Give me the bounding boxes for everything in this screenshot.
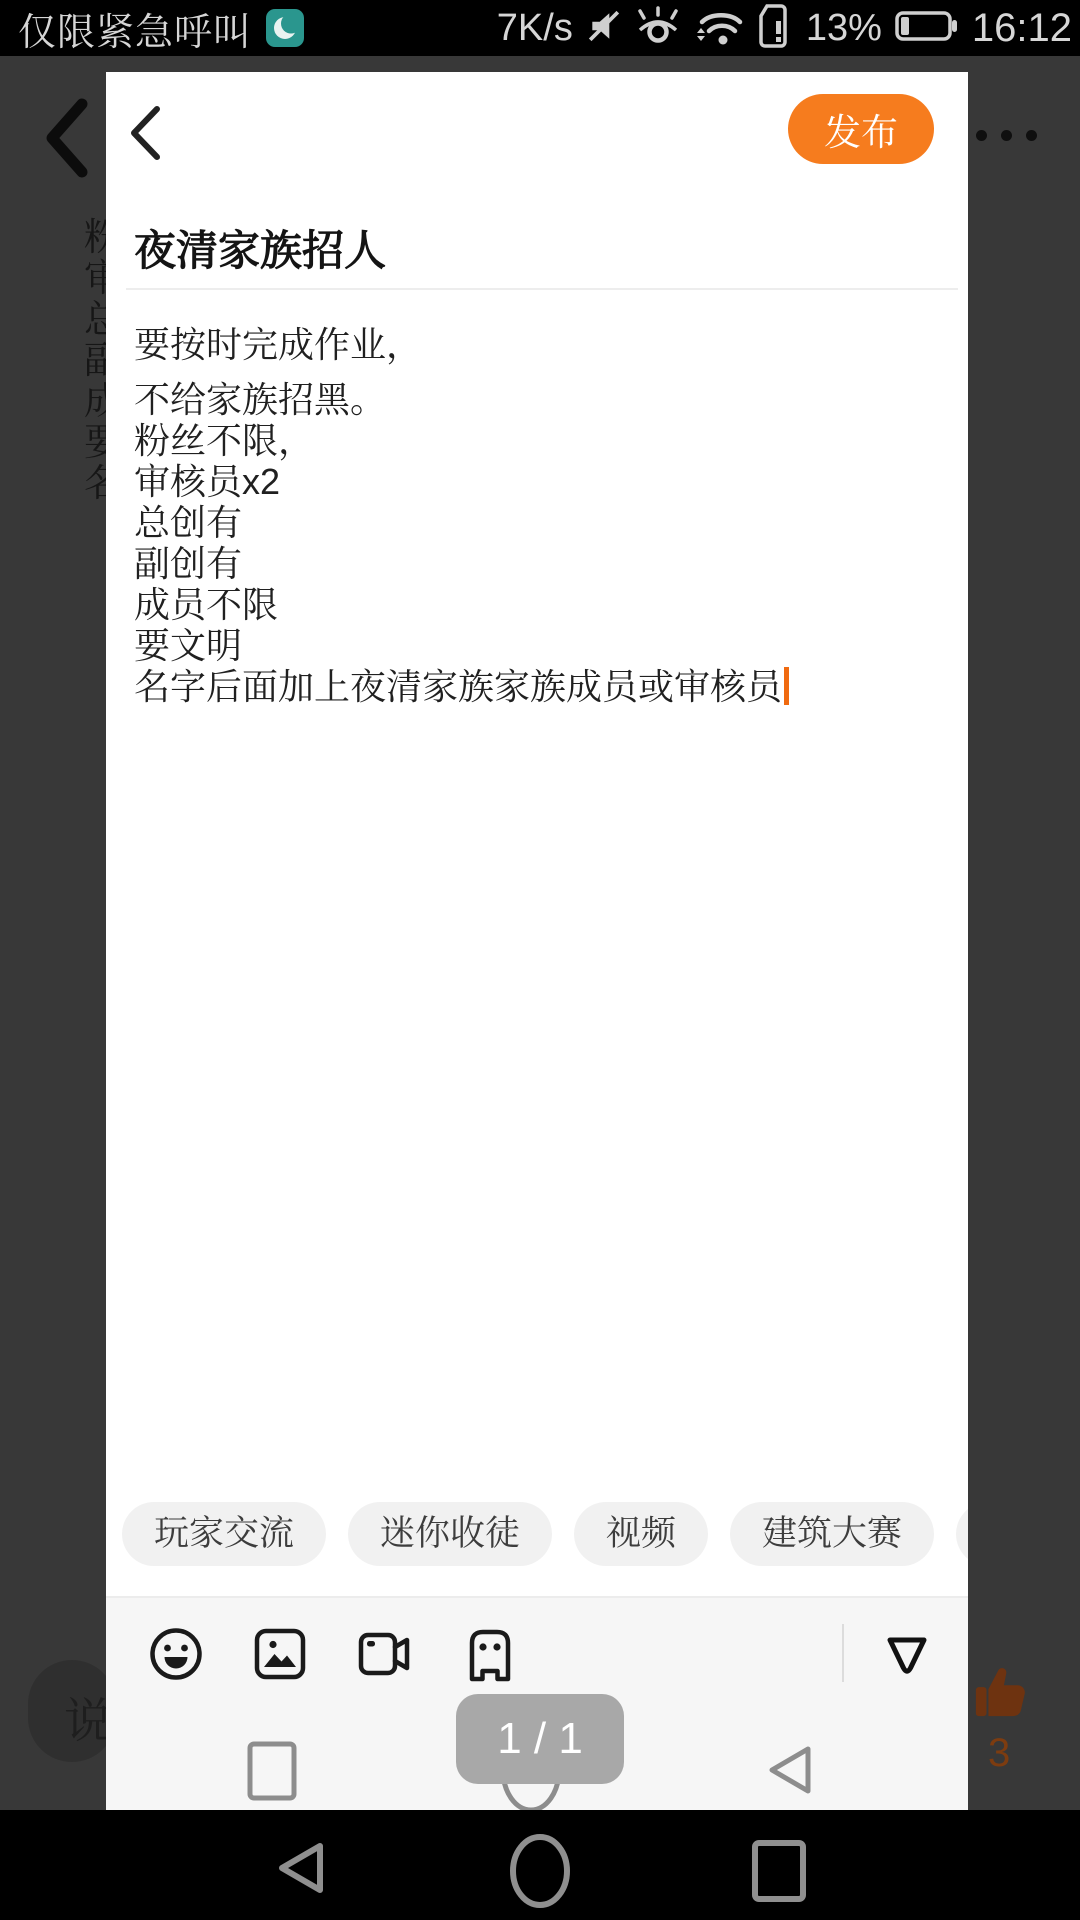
tag-chip[interactable]: 视频 (574, 1502, 708, 1566)
window-nav-back-icon[interactable] (762, 1742, 818, 1803)
body-line: 不给家族招黑。 (134, 379, 930, 420)
back-button[interactable] (126, 104, 164, 167)
status-bar: 仅限紧急呼叫 7K/s 13% 16:12 (0, 0, 1080, 56)
system-back-icon[interactable] (272, 1840, 330, 1901)
body-line: 审核员x2 (134, 461, 930, 502)
text-cursor (784, 667, 789, 705)
body-line: 粉丝不限， (134, 420, 930, 461)
phone-screen: 仅限紧急呼叫 7K/s 13% 16:12 (0, 0, 1080, 1920)
collapse-keyboard-icon[interactable] (882, 1632, 932, 1683)
tag-chip-row: 玩家交流 迷你收徒 视频 建筑大赛 (122, 1502, 968, 1566)
body-line: 成员不限 (134, 584, 930, 625)
post-body-input[interactable]: 要按时完成作业， 不给家族招黑。 粉丝不限， 审核员x2 总创有 副创有 成员不… (134, 324, 930, 707)
battery-percent: 13% (806, 7, 882, 50)
publish-button[interactable]: 发布 (788, 94, 934, 164)
emoji-icon[interactable] (148, 1626, 204, 1687)
thumbs-up-icon (972, 1662, 1030, 1720)
clock-text: 16:12 (972, 6, 1072, 51)
tag-chip-clipped[interactable] (956, 1502, 968, 1566)
battery-icon (895, 9, 959, 48)
image-icon[interactable] (254, 1628, 306, 1685)
tag-chip[interactable]: 迷你收徒 (348, 1502, 552, 1566)
do-not-disturb-moon-icon (266, 9, 304, 47)
wifi-icon (694, 5, 744, 52)
sim-alert-icon (757, 4, 793, 53)
gamepad-icon[interactable] (464, 1626, 516, 1687)
page-indicator-badge: 1 / 1 (456, 1694, 624, 1784)
background-like-widget: 3 (972, 1662, 1042, 1776)
post-composer-card: 发布 夜清家族招人 要按时完成作业， 不给家族招黑。 粉丝不限， 审核员x2 总… (106, 72, 968, 1810)
like-count: 3 (988, 1731, 1042, 1776)
network-speed: 7K/s (497, 7, 573, 50)
video-icon[interactable] (358, 1628, 414, 1685)
title-divider (126, 288, 958, 290)
body-line-with-caret: 名字后面加上夜清家族家族成员或审核员 (134, 666, 930, 707)
post-title-input[interactable]: 夜清家族招人 (134, 218, 386, 278)
window-nav-recents-icon[interactable] (246, 1740, 298, 1807)
background-more-options-icon (976, 130, 1037, 141)
body-line: 副创有 (134, 543, 930, 584)
system-recents-icon[interactable] (750, 1838, 808, 1909)
system-nav-bar (0, 1810, 1080, 1920)
tag-chip[interactable]: 建筑大赛 (730, 1502, 934, 1566)
eye-comfort-icon (635, 6, 681, 51)
tag-chip[interactable]: 玩家交流 (122, 1502, 326, 1566)
carrier-text: 仅限紧急呼叫 (18, 1, 252, 56)
system-home-icon[interactable] (508, 1832, 572, 1915)
mute-icon (586, 9, 622, 48)
body-line: 要文明 (134, 625, 930, 666)
background-back-chevron-icon (40, 96, 90, 185)
body-line: 要按时完成作业， (134, 324, 930, 365)
toolbar-divider (842, 1624, 844, 1682)
body-line: 总创有 (134, 502, 930, 543)
background-comment-hint: 说 (64, 1682, 112, 1751)
